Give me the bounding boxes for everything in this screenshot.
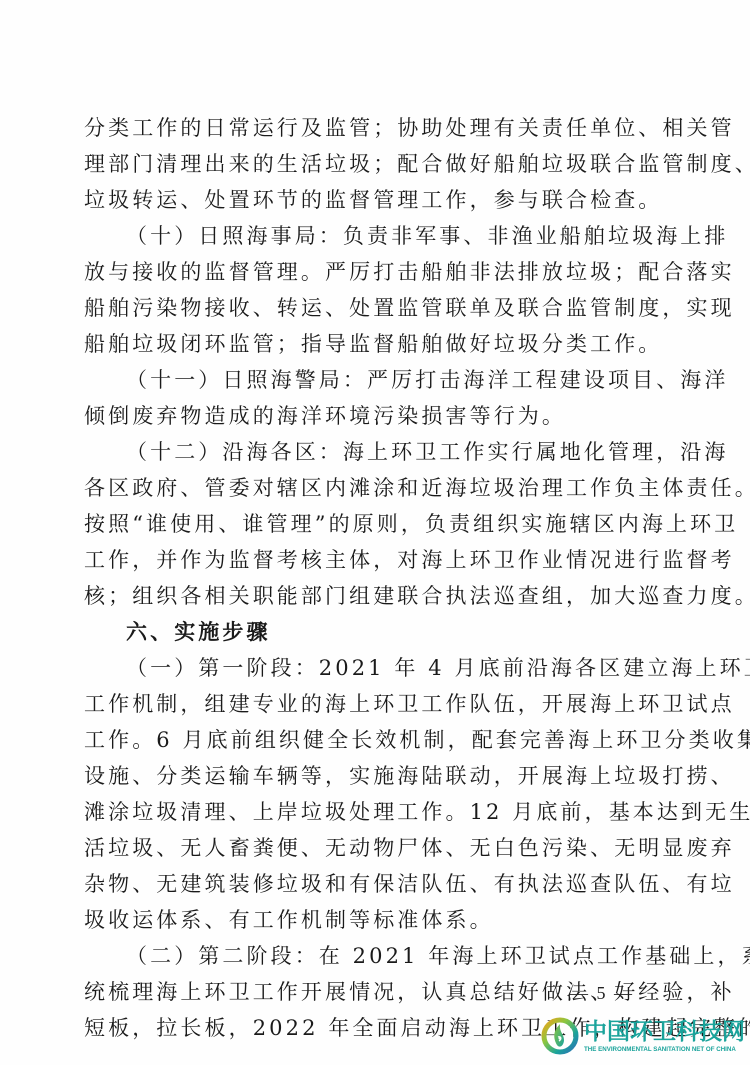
text-line: 放与接收的监督管理。严厉打击船舶非法排放垃圾；配合落实 xyxy=(84,254,666,290)
logo-name-en: THE ENVIRONMENTAL SANITATION NET OF CHIN… xyxy=(584,1045,745,1054)
text-line: 倾倒废弃物造成的海洋环境污染损害等行为。 xyxy=(84,398,666,434)
paragraph-start-rizhao-coast-guard: （十一）日照海警局：严厉打击海洋工程建设项目、海洋 xyxy=(84,362,666,398)
text-line: 船舶垃圾闭环监管；指导监督船舶做好垃圾分类工作。 xyxy=(84,326,666,362)
text-line: 船舶污染物接收、转运、处置监管联单及联合监管制度，实现 xyxy=(84,290,666,326)
text-line: 按照“谁使用、谁管理”的原则，负责组织实施辖区内海上环卫 xyxy=(84,506,666,542)
text-line: 工作，并作为监督考核主体，对海上环卫作业情况进行监督考 xyxy=(84,542,666,578)
document-page: 分类工作的日常运行及监管；协助处理有关责任单位、相关管 理部门清理出来的生活垃圾… xyxy=(0,0,750,1065)
text-line: 核；组织各相关职能部门组建联合执法巡查组，加大巡查力度。 xyxy=(84,578,666,614)
paragraph-start-coastal-districts: （十二）沿海各区：海上环卫工作实行属地化管理，沿海 xyxy=(84,434,666,470)
logo-text: 中国环卫科技网 THE ENVIRONMENTAL SANITATION NET… xyxy=(584,1019,745,1054)
text-line: 活垃圾、无人畜粪便、无动物尸体、无白色污染、无明显废弃 xyxy=(84,830,666,866)
text-line: 圾收运体系、有工作机制等标准体系。 xyxy=(84,902,666,938)
paragraph-start-rizhao-maritime: （十）日照海事局：负责非军事、非渔业船舶垃圾海上排 xyxy=(84,218,666,254)
text-line: 各区政府、管委对辖区内滩涂和近海垃圾治理工作负主体责任。 xyxy=(84,470,666,506)
text-line: 设施、分类运输车辆等，实施海陆联动，开展海上垃圾打捞、 xyxy=(84,758,666,794)
text-line: 滩涂垃圾清理、上岸垃圾处理工作。12 月底前，基本达到无生 xyxy=(84,794,666,830)
text-line: 垃圾转运、处置环节的监督管理工作，参与联合检查。 xyxy=(84,182,666,218)
leaf-drop-logo-icon xyxy=(540,1016,580,1056)
text-line: 分类工作的日常运行及监管；协助处理有关责任单位、相关管 xyxy=(84,110,666,146)
logo-name-cn: 中国环卫科技网 xyxy=(584,1019,745,1045)
page-number: — 5 — xyxy=(570,983,634,1004)
section-heading-implementation-steps: 六、实施步骤 xyxy=(84,614,666,650)
text-line: 理部门清理出来的生活垃圾；配合做好船舶垃圾联合监管制度、 xyxy=(84,146,666,182)
text-line: 工作机制，组建专业的海上环卫工作队伍，开展海上环卫试点 xyxy=(84,686,666,722)
text-line: 杂物、无建筑装修垃圾和有保洁队伍、有执法巡查队伍、有垃 xyxy=(84,866,666,902)
watermark-logo: 中国环卫科技网 THE ENVIRONMENTAL SANITATION NET… xyxy=(540,1013,748,1059)
document-body: 分类工作的日常运行及监管；协助处理有关责任单位、相关管 理部门清理出来的生活垃圾… xyxy=(84,110,666,1046)
text-line: 工作。6 月底前组织健全长效机制，配套完善海上环卫分类收集 xyxy=(84,722,666,758)
paragraph-start-phase-two: （二）第二阶段：在 2021 年海上环卫试点工作基础上，系 xyxy=(84,938,666,974)
paragraph-start-phase-one: （一）第一阶段：2021 年 4 月底前沿海各区建立海上环卫 xyxy=(84,650,666,686)
